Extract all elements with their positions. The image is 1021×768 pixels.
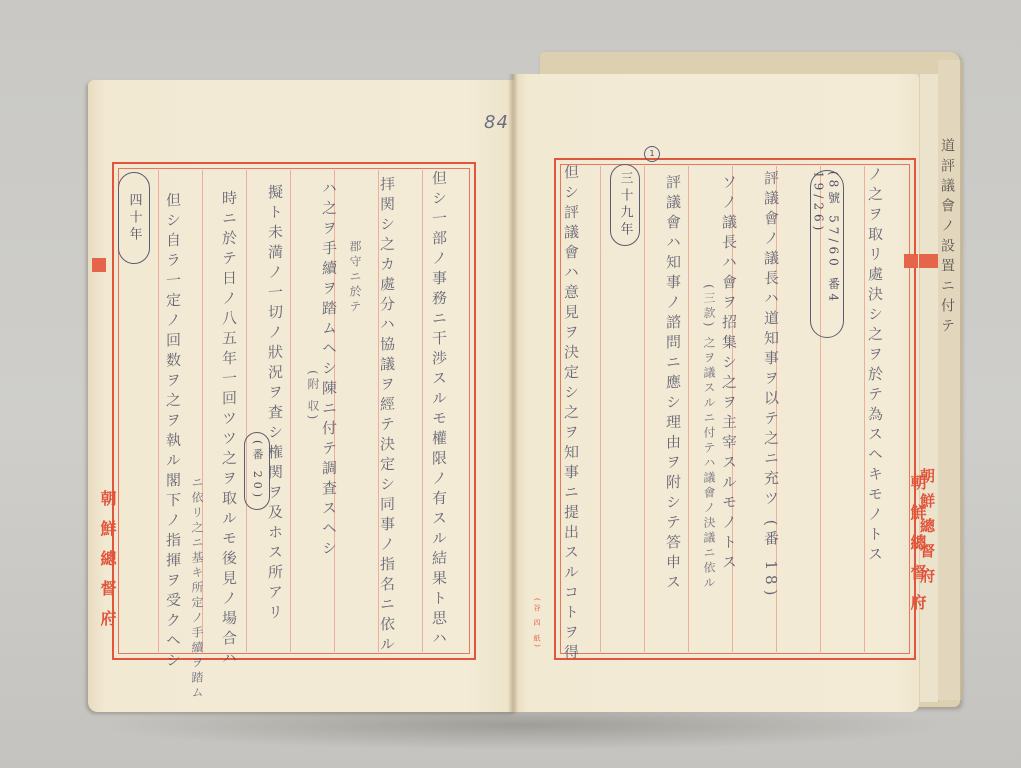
right-column-1: ノ之ヲ取リ處決シ之ヲ於テ為スヘキモノトス [866,166,884,567]
left-annotation-oval: (番 20) [244,432,270,510]
left-annotation-2: (附 収) [304,370,322,423]
page-number: 84 [484,112,509,133]
right-column-6: 但シ評議會ハ意見ヲ決定シ之ヲ知事ニ提出スルコトヲ得 [562,164,580,665]
left-page: 朝鮮總督府 四十年 但シ一部ノ事務ニ干渉スルモ權限ノ有スル結果ト思ハ 拝関シ之カ… [88,80,514,712]
left-side-label: 朝鮮總督府 [96,490,119,640]
left-margin-oval: 四十年 [118,172,150,264]
left-column-5: 時ニ於テ日ノ八五年一回ツツ之ヲ取ルモ後見ノ場合ハ [220,190,238,671]
left-column-4: 擬ト未満ノ一切ノ狀況ヲ査シ権関ヲ及ホス所アリ [266,184,284,625]
right-column-3: ソノ議長ハ會ヲ招集シ之ヲ主宰スルモノトス [720,174,738,575]
left-column-1: 但シ一部ノ事務ニ干渉スルモ權限ノ有スル結果ト思ハ [430,170,448,651]
spine-handwriting: 道評議會ノ設置ニ付テ [941,138,957,338]
red-tab-mark [92,258,106,272]
right-column-2: 評議會ノ議長ハ道知事ヲ以テ之ニ充ツ (番 18) [762,170,780,601]
right-margin-oval: 三十九年 [610,164,640,246]
red-tab-mark [904,254,918,268]
left-column-2: 拝関シ之カ處分ハ協議ヲ經テ決定シ同事ノ指名ニ依ル [378,176,396,657]
right-column-4: (三款) 之ヲ議スルニ付テハ議會ノ決議ニ依ル [700,284,718,592]
left-annotation-1: 郡守ニ於テ [346,240,364,316]
left-column-6: 但シ自ラ一定ノ回数ヲ之ヲ執ル閣下ノ指揮ヲ受クヘシ [164,192,182,673]
paper-footer-mark: (谷 四 紙) [532,598,542,650]
book-gutter [508,74,518,714]
circle-mark: 1 [644,146,660,162]
right-page: (谷 四 紙) 朝鮮總督府 1 ノ之ヲ取リ處決シ之ヲ於テ為スヘキモノトス (8號… [514,74,919,712]
right-reference-oval: (8號 57/60 番4 19/26) [810,170,844,338]
left-annotation-3: ニ依リ之ニ基キ所定ノ手續ヲ踏ム [188,476,206,702]
right-side-label: 朝鮮總督府 [906,474,929,624]
left-column-3: ハ之ヲ手續ヲ踏ムヘシ陳ニ付テ調査スヘシ [320,180,338,561]
right-column-5: 評議會ハ知事ノ諮問ニ應シ理由ヲ附シテ答申ス [664,174,682,595]
